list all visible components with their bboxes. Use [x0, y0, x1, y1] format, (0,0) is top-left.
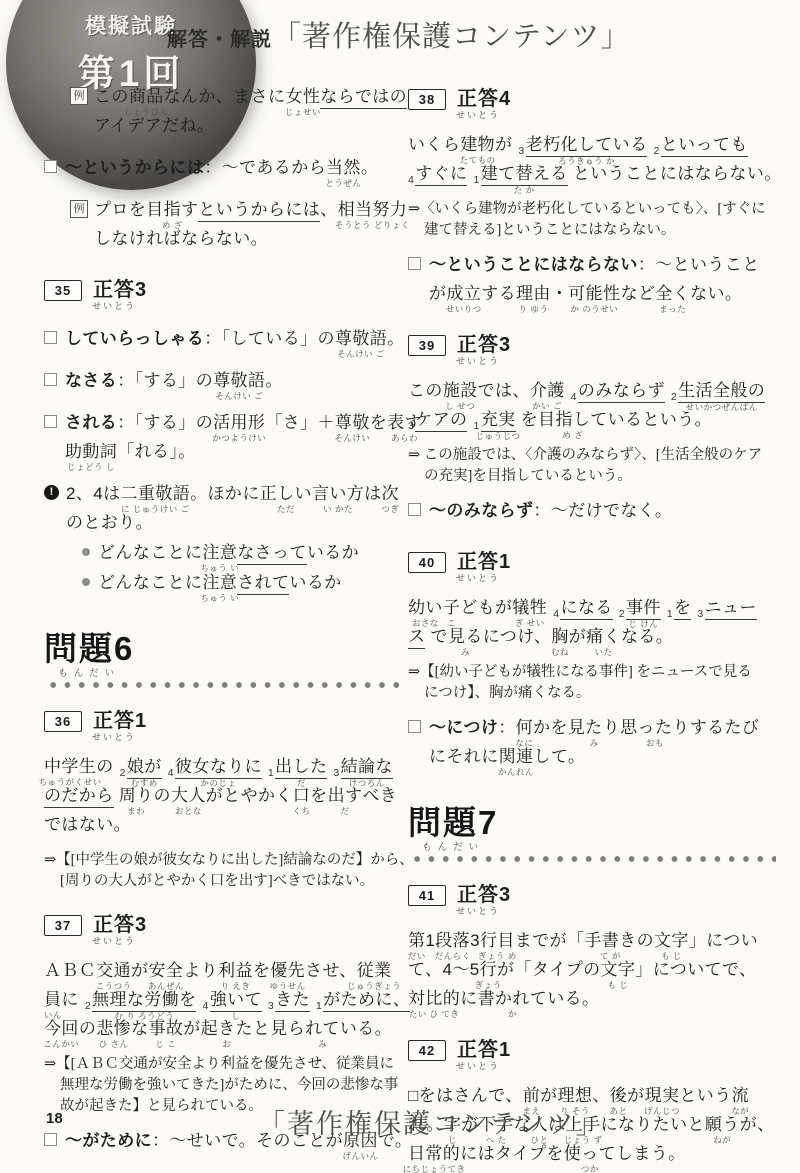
note-item: !2、4は二重敬語に じゅうけい ご。ほかに正しいただ言い方い かたは次つぎのと… [44, 483, 402, 541]
text-segment: より [183, 960, 218, 981]
text-segment: の [154, 785, 171, 806]
text-segment: なさる [65, 370, 117, 391]
text-body: ～ということにはならない：～ということが成立せいりつする理由り ゆう・可能性か … [429, 254, 776, 312]
furigana: げんいん [342, 1152, 378, 1161]
text-segment: されて [237, 572, 289, 595]
furigana: か のうせい [570, 305, 618, 314]
text-segment: にそれに [429, 746, 499, 767]
page-header: 解答・解説 「著作権保護コンテンツ」 [167, 14, 631, 55]
furigana: せいとう [92, 733, 136, 742]
text-segment: 「さ」＋ [265, 412, 335, 433]
text-segment: ・ [551, 283, 568, 304]
text-segment: が [495, 134, 512, 155]
square-bullet-icon [408, 257, 421, 270]
text-segment: 。 [361, 157, 378, 178]
text-segment: 出すだ [328, 785, 363, 806]
text-segment: な [131, 1018, 148, 1039]
answer-heading: 39正答せいとう3 [408, 334, 776, 370]
furigana: せいとう [92, 302, 136, 311]
text-segment: 中学生ちゅうがくせい [44, 756, 96, 777]
text-segment: 「れる」。 [117, 441, 196, 462]
text-segment: が、 [740, 1114, 775, 1135]
choice-number: 1 [667, 608, 673, 620]
answer-value: 4 [499, 88, 511, 110]
text-line: 今回こんかいの悲惨ひ さんな事故じ こが起きたおと見られているみ。 [44, 1018, 402, 1047]
text-segment: が [569, 626, 586, 647]
answer-heading: 37正答せいとう3 [44, 914, 402, 950]
text-segment: ：～ということ [638, 254, 760, 275]
text-line: 対比的たい ひ てきに書かれてかいる。 [408, 988, 776, 1017]
text-segment: この [408, 380, 443, 401]
text-segment: 幼いおさな [408, 597, 443, 618]
text-segment: 使ってつか [564, 1143, 616, 1164]
text-segment: 理由り ゆう [516, 283, 551, 304]
choice-number: 3 [408, 420, 414, 432]
sentence-block: いくら建物たてものが3老朽化しているろうきゅう か2といっても4すぐに1建て替え… [408, 134, 776, 192]
text-segment: という [679, 1085, 731, 1106]
question-number-badge: 38 [408, 89, 446, 110]
answer-label: 正答せいとう1 [457, 551, 511, 573]
text-segment: 文字も じ [654, 930, 689, 951]
sentence-block: 幼いおさな子こどもが犠牲ぎ せい4になる2事件じ けん1を3ニュース で見るみに… [408, 597, 776, 655]
text-segment: が「タイプの [497, 959, 601, 980]
text-segment: を [674, 597, 691, 620]
text-segment: 見られているみ [270, 1018, 374, 1039]
question-number-badge: 41 [408, 885, 446, 906]
text-line: される：「する」の活用形かつようけい「さ」＋尊敬そんけいを表すあらわ [65, 412, 402, 441]
text-body: なさる：「する」の尊敬語そんけい ご。 [65, 370, 402, 399]
furigana: か [508, 1010, 517, 1019]
text-segment: で [431, 626, 448, 647]
text-segment: 成立せいりつ [446, 283, 481, 304]
text-line: ～ということにはならない：～ということ [429, 254, 776, 283]
text-segment: 」についてで、 [635, 959, 756, 980]
text-segment: 口くち [293, 785, 310, 806]
gloss-line: ⇒【[中学生の娘が彼女なりに出した]結論なのだ】から、 [44, 850, 402, 871]
text-line: しなければならない。 [94, 228, 402, 257]
text-segment: ：～であるから [204, 157, 326, 178]
text-line: て、4～5行ぎょうが「タイプの文字も じ」についてで、 [408, 959, 776, 988]
text-segment: ： [498, 717, 515, 738]
question-number-badge: 37 [44, 915, 82, 936]
definition-item: ～のみならず：～だけでなく。 [408, 500, 776, 529]
text-segment: 見るみ [448, 626, 483, 647]
furigana: せいとう [456, 907, 500, 916]
text-segment: して。 [533, 746, 585, 767]
text-segment: ～ということにはならない [429, 254, 638, 275]
text-segment: と [253, 1018, 270, 1039]
definition-item: なさる：「する」の尊敬語そんけい ご。 [44, 370, 402, 399]
problem-heading: 問題6もんだい [44, 631, 402, 688]
text-segment: のとおり。 [66, 512, 153, 533]
square-bullet-icon [408, 720, 421, 733]
furigana: せいとう [456, 574, 500, 583]
text-segment: 交通こうつう [96, 960, 131, 981]
text-segment: 相当努力そうとう どりょく [338, 199, 408, 220]
question-number-badge: 40 [408, 552, 446, 573]
note-icon: ! [44, 485, 59, 500]
dotted-separator [44, 680, 402, 688]
text-segment: 犠牲ぎ せい [512, 597, 547, 618]
question-number-badge: 42 [408, 1040, 446, 1061]
text-body: していらっしゃる：「している」の尊敬語そんけい ご。 [65, 328, 402, 357]
choice-number: 2 [671, 391, 677, 403]
text-segment: 生活全般のせいかつぜんぱん [678, 380, 765, 403]
text-segment: て、4～5 [408, 959, 480, 980]
square-bullet-icon [44, 415, 57, 428]
text-segment: ＡＢＣ [44, 960, 96, 981]
text-segment: がとやかく [206, 785, 293, 806]
text-line: 員いんに2無理な労働をむ り ろうどう4強いてし3きた1がために、 [44, 989, 402, 1018]
text-body: プロを目指すめ ざというからには、相当努力そうとう どりょくしなければならない。 [94, 199, 402, 257]
text-segment: プロを [94, 199, 146, 220]
answer-label: 正答せいとう3 [93, 279, 147, 301]
problem-heading: 問題7もんだい [408, 805, 776, 862]
gloss-line: 無理な労働を強いてきた]がために、今回の悲惨な事 [44, 1075, 402, 1096]
gloss-line: ⇒【[幼い子どもが犠牲になる事件] をニュースで見る [408, 662, 776, 683]
text-body: この商品しょうひんなんか、まさに女性じょせいならではのアイデアだね。 [94, 86, 402, 144]
right-column: 38正答せいとう4いくら建物たてものが3老朽化しているろうきゅう か2といっても… [408, 84, 776, 1173]
question-number-badge: 39 [408, 335, 446, 356]
answer-label: 正答せいとう1 [93, 710, 147, 732]
text-segment: 痛くいた [586, 626, 621, 647]
problem-title: 問題7もんだい [408, 805, 498, 841]
badge-series-label: 模擬試験 [85, 10, 177, 40]
text-segment: 後あと [610, 1085, 627, 1106]
text-segment: 段落だんらく [435, 930, 470, 951]
text-segment: 。ほかに [190, 483, 260, 504]
text-segment: 第だい [408, 930, 425, 951]
text-segment: 1 [425, 930, 435, 951]
furigana: せいとう [456, 357, 500, 366]
answer-heading: 40正答せいとう1 [408, 551, 776, 587]
text-segment: 周りまわ [119, 785, 154, 806]
text-segment: 胸むね [551, 626, 568, 647]
choice-number: 4 [168, 767, 174, 779]
text-segment: 介護かい ご [530, 380, 565, 401]
text-segment: 事故じ こ [148, 1018, 183, 1039]
text-segment: ～がために [65, 1130, 152, 1151]
text-segment: が [627, 1085, 644, 1106]
text-segment: 注意ちゅう い [202, 542, 237, 563]
square-bullet-icon [44, 1133, 57, 1146]
furigana: じょどう し [67, 463, 115, 472]
text-segment: きた [275, 989, 310, 1012]
answer-heading: 41正答せいとう3 [408, 884, 776, 920]
text-body: される：「する」の活用形かつようけい「さ」＋尊敬そんけいを表すあらわ助動詞じょど… [65, 412, 402, 470]
furigana: もんだい [58, 669, 120, 679]
text-line: のとおり。 [66, 512, 402, 541]
dotted-separator [408, 854, 776, 862]
text-segment: ：「する」の [117, 370, 213, 391]
text-line: ではない。 [44, 814, 402, 843]
text-line: が成立せいりつする理由り ゆう・可能性か のうせいなど全くまったない。 [429, 283, 776, 312]
text-segment: の [79, 1018, 96, 1039]
text-segment: 充実じゅうじつ [481, 409, 516, 432]
furigana: せいとう [92, 937, 136, 946]
text-segment: アイデアだね。 [94, 115, 214, 136]
definition-item: ～というからには：～であるから当然とうぜん。 [44, 157, 402, 186]
answer-label: 正答せいとう3 [93, 914, 147, 936]
furigana: ひ さん [99, 1040, 129, 1049]
text-segment: 。 [375, 1018, 392, 1039]
answer-word: 正答せいとう [93, 279, 135, 301]
choice-number: 3 [268, 1000, 274, 1012]
text-segment: が [131, 960, 148, 981]
text-line: プロを目指すめ ざというからには、相当努力そうとう どりょく [94, 199, 402, 228]
text-segment: ではない。 [44, 814, 131, 835]
answer-label: 正答せいとう3 [457, 334, 511, 356]
text-line: 助動詞じょどう し「れる」。 [65, 441, 402, 470]
text-segment: 子こ [443, 597, 460, 618]
text-segment: 何なに [516, 717, 533, 738]
text-line: この施設し せつでは、介護かい ご4のみならず2生活全般のせいかつぜんぱん [408, 380, 776, 409]
answer-value: 1 [499, 1039, 511, 1061]
answer-word: 正答せいとう [457, 551, 499, 573]
text-line: 4すぐに1建て替えるた か ということにはならない。 [408, 163, 776, 192]
text-body: 幼いおさな子こどもが犠牲ぎ せい4になる2事件じ けん1を3ニュース で見るみに… [408, 597, 776, 655]
bullet-item: どんなことに注意ちゅう いなさっているか [44, 542, 402, 571]
text-line: にそれに関連かんれんして。 [429, 746, 776, 775]
text-segment: 安全あんぜん [148, 960, 183, 981]
text-segment: ス [408, 626, 425, 649]
choice-number: 1 [316, 1000, 322, 1012]
text-segment: 現実げんじつ [645, 1085, 680, 1106]
square-bullet-icon [44, 331, 57, 344]
answer-value: 3 [135, 914, 147, 936]
text-segment: 願うねが [705, 1114, 740, 1135]
square-bullet-icon [44, 373, 57, 386]
text-segment: ：「する」の [117, 412, 213, 433]
furigana: まった [659, 305, 686, 314]
text-body: この施設し せつでは、介護かい ご4のみならず2生活全般のせいかつぜんぱん3ケア… [408, 380, 776, 438]
choice-number: 2 [619, 608, 625, 620]
answer-heading: 38正答せいとう4 [408, 88, 776, 124]
text-segment: するたび [690, 717, 760, 738]
text-segment: 行ぎょう [480, 959, 497, 980]
furigana: そんけい ご [337, 350, 385, 359]
header-section-title: 解答・解説 [167, 23, 272, 52]
answer-word: 正答せいとう [457, 1039, 499, 1061]
text-segment: 。 [265, 370, 282, 391]
text-segment: なさって [237, 542, 307, 565]
choice-number: 3 [333, 767, 339, 779]
text-segment: ：「している」の [204, 328, 335, 349]
dot-bullet-icon [82, 548, 90, 556]
text-line: この商品しょうひんなんか、まさに女性じょせいならではの [94, 86, 402, 115]
text-segment: 2、4は [66, 483, 121, 504]
text-segment: ない。 [690, 283, 742, 304]
text-segment: 日常的にちじょうてき [408, 1143, 460, 1164]
choice-number: 4 [571, 391, 577, 403]
gloss-paragraph: ⇒【[中学生の娘が彼女なりに出した]結論なのだ】から、[周りの大人がとやかく口を… [44, 850, 402, 892]
text-segment: 流なが [732, 1085, 749, 1106]
text-segment: にはタイプを [460, 1143, 564, 1164]
gloss-paragraph: ⇒【[幼い子どもが犠牲になる事件] をニュースで見るにつけ】、胸が痛くなる。 [408, 662, 776, 704]
text-body: 2、4は二重敬語に じゅうけい ご。ほかに正しいただ言い方い かたは次つぎのとお… [66, 483, 402, 541]
text-segment: 言い方い かた [312, 483, 364, 504]
text-segment: ：～だけでなく。 [533, 500, 672, 521]
text-segment: 優先ゆうせん [270, 960, 305, 981]
choice-number: 4 [553, 608, 559, 620]
sentence-block: この施設し せつでは、介護かい ご4のみならず2生活全般のせいかつぜんぱん3ケア… [408, 380, 776, 438]
text-segment: を [521, 409, 538, 430]
answer-word: 正答せいとう [93, 710, 135, 732]
text-segment: に [61, 989, 78, 1010]
text-segment: 利益り えき [218, 960, 253, 981]
gloss-line: 建て替える]ということにはならない。 [408, 220, 776, 241]
text-segment: なんか、まさに [164, 86, 286, 107]
text-segment: 起きたお [201, 1018, 253, 1039]
text-segment: どんなことに [98, 542, 202, 563]
text-body: いくら建物たてものが3老朽化しているろうきゅう か2といっても4すぐに1建て替え… [408, 134, 776, 192]
text-segment: この [94, 86, 129, 107]
sentence-block: 中学生ちゅうがくせいの2娘がむすめ4彼女なりにかのじょ1出しただ3結論なけつろん… [44, 756, 402, 843]
text-segment: になる [560, 597, 612, 620]
text-body: ～というからには：～であるから当然とうぜん。 [65, 157, 402, 186]
furigana: むね [551, 648, 569, 657]
text-segment: 出しただ [275, 756, 327, 779]
text-segment: ならではの [320, 86, 407, 109]
text-line: いくら建物たてものが3老朽化しているろうきゅう か2といっても [408, 134, 776, 163]
gloss-line: につけ】、胸が痛くなる。 [408, 683, 776, 704]
text-segment: しなければならない。 [94, 228, 268, 249]
furigana: み [461, 648, 470, 657]
text-segment: 女性じょせい [285, 86, 320, 107]
answer-word: 正答せいとう [93, 914, 135, 936]
choice-number: 4 [202, 1000, 208, 1012]
text-segment: 尊敬そんけい [335, 412, 370, 433]
text-segment: ～につけ [429, 717, 498, 738]
question-number-badge: 36 [44, 711, 82, 732]
text-segment: ニュー [705, 597, 757, 620]
text-segment: 大人おとな [171, 785, 206, 806]
furigana: じゅうじつ [476, 432, 521, 441]
header-book-title: 「著作権保護コンテンツ」 [272, 14, 631, 55]
text-line: ～につけ：何なにかを見たりみ思ったりおもするたび [429, 717, 776, 746]
text-segment: がために、 [323, 989, 410, 1012]
gloss-line: [周りの大人がとやかく口を出す]べきではない。 [44, 871, 402, 892]
answer-value: 1 [135, 710, 147, 732]
text-line: 幼いおさな子こどもが犠牲ぎ せい4になる2事件じ けん1を3ニュー [408, 597, 776, 626]
text-segment: 活用形かつようけい [213, 412, 265, 433]
text-segment: 老朽化しているろうきゅう か [526, 134, 648, 157]
text-segment: の [637, 930, 654, 951]
furigana: め ざ [562, 431, 583, 440]
sentence-block: ＡＢＣ交通こうつうが安全あんぜんより利益り えきを優先ゆうせんさせ、従業じゅうぎ… [44, 960, 402, 1047]
answer-word: 正答せいとう [457, 884, 499, 906]
text-line: 2、4は二重敬語に じゅうけい ご。ほかに正しいただ言い方い かたは次つぎ [66, 483, 402, 512]
text-segment: 今回こんかい [44, 1018, 79, 1039]
definition-item: していらっしゃる：「している」の尊敬語そんけい ご。 [44, 328, 402, 357]
text-segment: 次つぎ [382, 483, 399, 504]
text-line: ス で見るみにつけ、胸むねが痛くいたなる。 [408, 626, 776, 655]
gloss-line: ⇒ この施設では、〈介護のみならず〉、[生活全般のケア [408, 445, 776, 466]
text-line: アイデアだね。 [94, 115, 402, 144]
text-segment: が [429, 283, 446, 304]
text-segment: どんなことに [98, 572, 202, 593]
text-line: ～のみならず：～だけでなく。 [429, 500, 776, 529]
answer-value: 3 [499, 884, 511, 906]
example-marker-icon: 例 [70, 200, 88, 218]
text-line: 第だい1段落だんらく3行目ぎょう めまでが「手書きて がの文字も じ」につい [408, 930, 776, 959]
text-segment: 、 [320, 199, 337, 220]
furigana: た か [514, 186, 535, 195]
example-item: 例プロを目指すめ ざというからには、相当努力そうとう どりょくしなければならない… [44, 199, 402, 257]
text-segment: いる。 [547, 988, 599, 1009]
page-number: 18 [46, 1110, 63, 1127]
answer-heading: 42正答せいとう1 [408, 1039, 776, 1075]
text-segment: が [183, 1018, 200, 1039]
text-segment: といっても [661, 134, 748, 157]
text-segment: 文字も じ [601, 959, 636, 980]
furigana: せいりつ [446, 305, 482, 314]
left-column: 例この商品しょうひんなんか、まさに女性じょせいならではのアイデアだね。～というか… [44, 84, 402, 1172]
text-segment: に [460, 988, 477, 1009]
text-segment: いるか [289, 572, 341, 593]
choice-number: 2 [653, 145, 659, 157]
text-body: ～につけ：何なにかを見たりみ思ったりおもするたびにそれに関連かんれんして。 [429, 717, 776, 775]
choice-number: 3 [518, 145, 524, 157]
furigana: せいとう [456, 111, 500, 120]
text-segment: なる。 [621, 626, 673, 647]
text-body: どんなことに注意ちゅう いされているか [98, 572, 402, 601]
choice-number: 1 [268, 767, 274, 779]
text-body: どんなことに注意ちゅう いなさっているか [98, 542, 402, 571]
text-segment: 二重敬語に じゅうけい ご [121, 483, 191, 504]
text-segment: までが「 [515, 930, 585, 951]
example-marker-icon: 例 [70, 87, 88, 105]
text-line: ～というからには：～であるから当然とうぜん。 [65, 157, 402, 186]
dot-bullet-icon [82, 578, 90, 586]
square-bullet-icon [44, 160, 57, 173]
text-segment: を [253, 960, 270, 981]
furigana: にちじょうてき [403, 1165, 466, 1173]
definition-item: ～につけ：何なにかを見たりみ思ったりおもするたびにそれに関連かんれんして。 [408, 717, 776, 775]
choice-number: 3 [697, 608, 703, 620]
text-line: どんなことに注意ちゅう いされているか [98, 572, 402, 601]
text-segment: 3 [470, 930, 480, 951]
text-segment: の [96, 756, 113, 777]
text-segment: 助動詞じょどう し [65, 441, 117, 462]
text-line: 日常的にちじょうてきにはタイプを使ってつかしまう。 [408, 1143, 776, 1172]
choice-number: 2 [85, 1000, 91, 1012]
text-segment: 商品しょうひん [129, 86, 164, 107]
text-segment: 注意ちゅう い [202, 572, 237, 593]
text-segment: ～というからには [65, 157, 204, 178]
question-number-badge: 35 [44, 280, 82, 301]
text-segment: 書かれてか [478, 988, 548, 1009]
furigana: せいとう [456, 1062, 500, 1071]
text-segment: 事件じ けん [626, 597, 661, 620]
text-line: なさる：「する」の尊敬語そんけい ご。 [65, 370, 402, 399]
bullet-item: どんなことに注意ちゅう いされているか [44, 572, 402, 601]
text-segment: ～のみならず [429, 500, 533, 521]
text-segment: 全くまった [655, 283, 690, 304]
answer-heading: 35正答せいとう3 [44, 279, 402, 315]
text-segment: 尊敬語そんけい ご [335, 328, 387, 349]
text-segment: 。 [387, 328, 404, 349]
text-segment: かを [533, 717, 568, 738]
text-segment: 建物たてもの [460, 134, 495, 155]
furigana: かんれん [498, 768, 534, 777]
example-item: 例この商品しょうひんなんか、まさに女性じょせいならではのアイデアだね。 [44, 86, 402, 144]
answer-value: 1 [499, 551, 511, 573]
text-segment: のだから [44, 785, 114, 808]
scanned-exam-page: 模擬試験 第1回 解答・解説 「著作権保護コンテンツ」 例この商品しょうひんなん… [0, 0, 800, 1173]
text-segment: では、 [478, 380, 530, 401]
problem-title: 問題6もんだい [44, 631, 134, 667]
